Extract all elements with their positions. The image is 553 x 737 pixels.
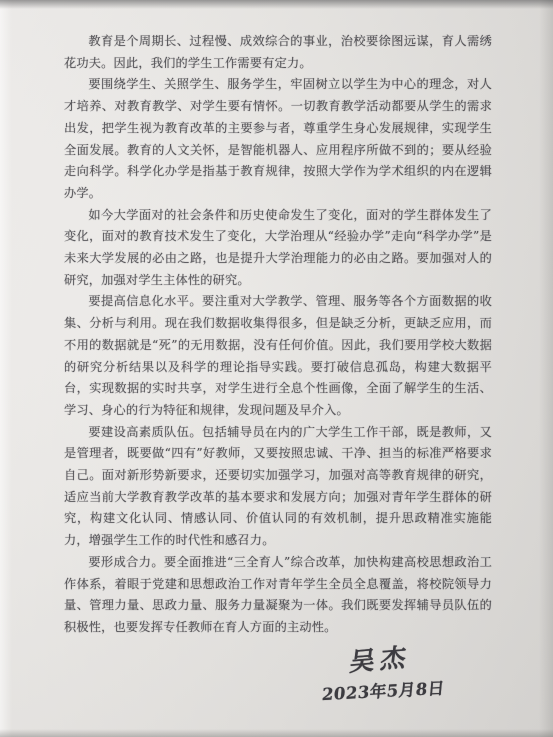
paragraph: 教育是个周期长、过程慢、成效综合的事业，治校要徐图远谋，育人需绣花功夫。因此，我… (64, 31, 492, 74)
signature-date-handwriting: 2023年5月8日 (321, 675, 441, 705)
signature-handwriting: 吴杰 (320, 635, 442, 682)
scanned-document-page: 教育是个周期长、过程慢、成效综合的事业，治校要徐图远谋，育人需绣花功夫。因此，我… (0, 0, 553, 737)
paragraph: 要建设高素质队伍。包括辅导员在内的广大学生工作干部，既是教师，又是管理者，既要做… (64, 422, 492, 552)
paragraph: 要提高信息化水平。要注重对大学教学、管理、服务等各个方面数据的收集、分析与利用。… (64, 291, 492, 421)
paragraph: 要围绕学生、关照学生、服务学生，牢固树立以学生为中心的理念，对人才培养、对教育教… (64, 74, 492, 204)
signature-block: 吴杰 2023年5月8日 (322, 640, 440, 702)
document-body: 教育是个周期长、过程慢、成效综合的事业，治校要徐图远谋，育人需绣花功夫。因此，我… (64, 31, 492, 639)
paragraph: 如今大学面对的社会条件和历史使命发生了变化，面对的学生群体发生了变化，面对的教育… (64, 205, 492, 292)
paragraph: 要形成合力。要全面推进“三全育人”综合改革，加快构建高校思想政治工作体系，着眼于… (64, 552, 492, 639)
